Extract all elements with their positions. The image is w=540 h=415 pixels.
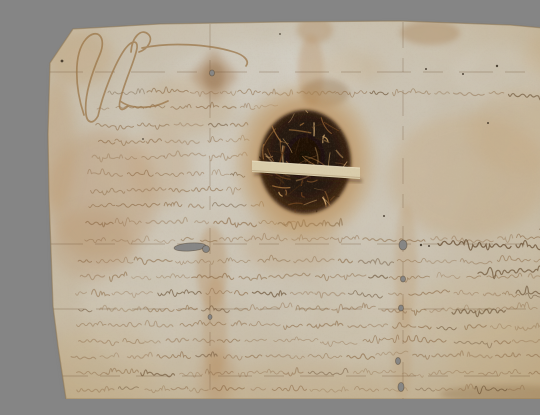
photo-canvas xyxy=(40,16,540,399)
document-photo: Photograph of an aged handwritten parchm… xyxy=(40,16,540,399)
grain-overlay xyxy=(40,16,540,399)
parchment-content xyxy=(40,16,540,399)
